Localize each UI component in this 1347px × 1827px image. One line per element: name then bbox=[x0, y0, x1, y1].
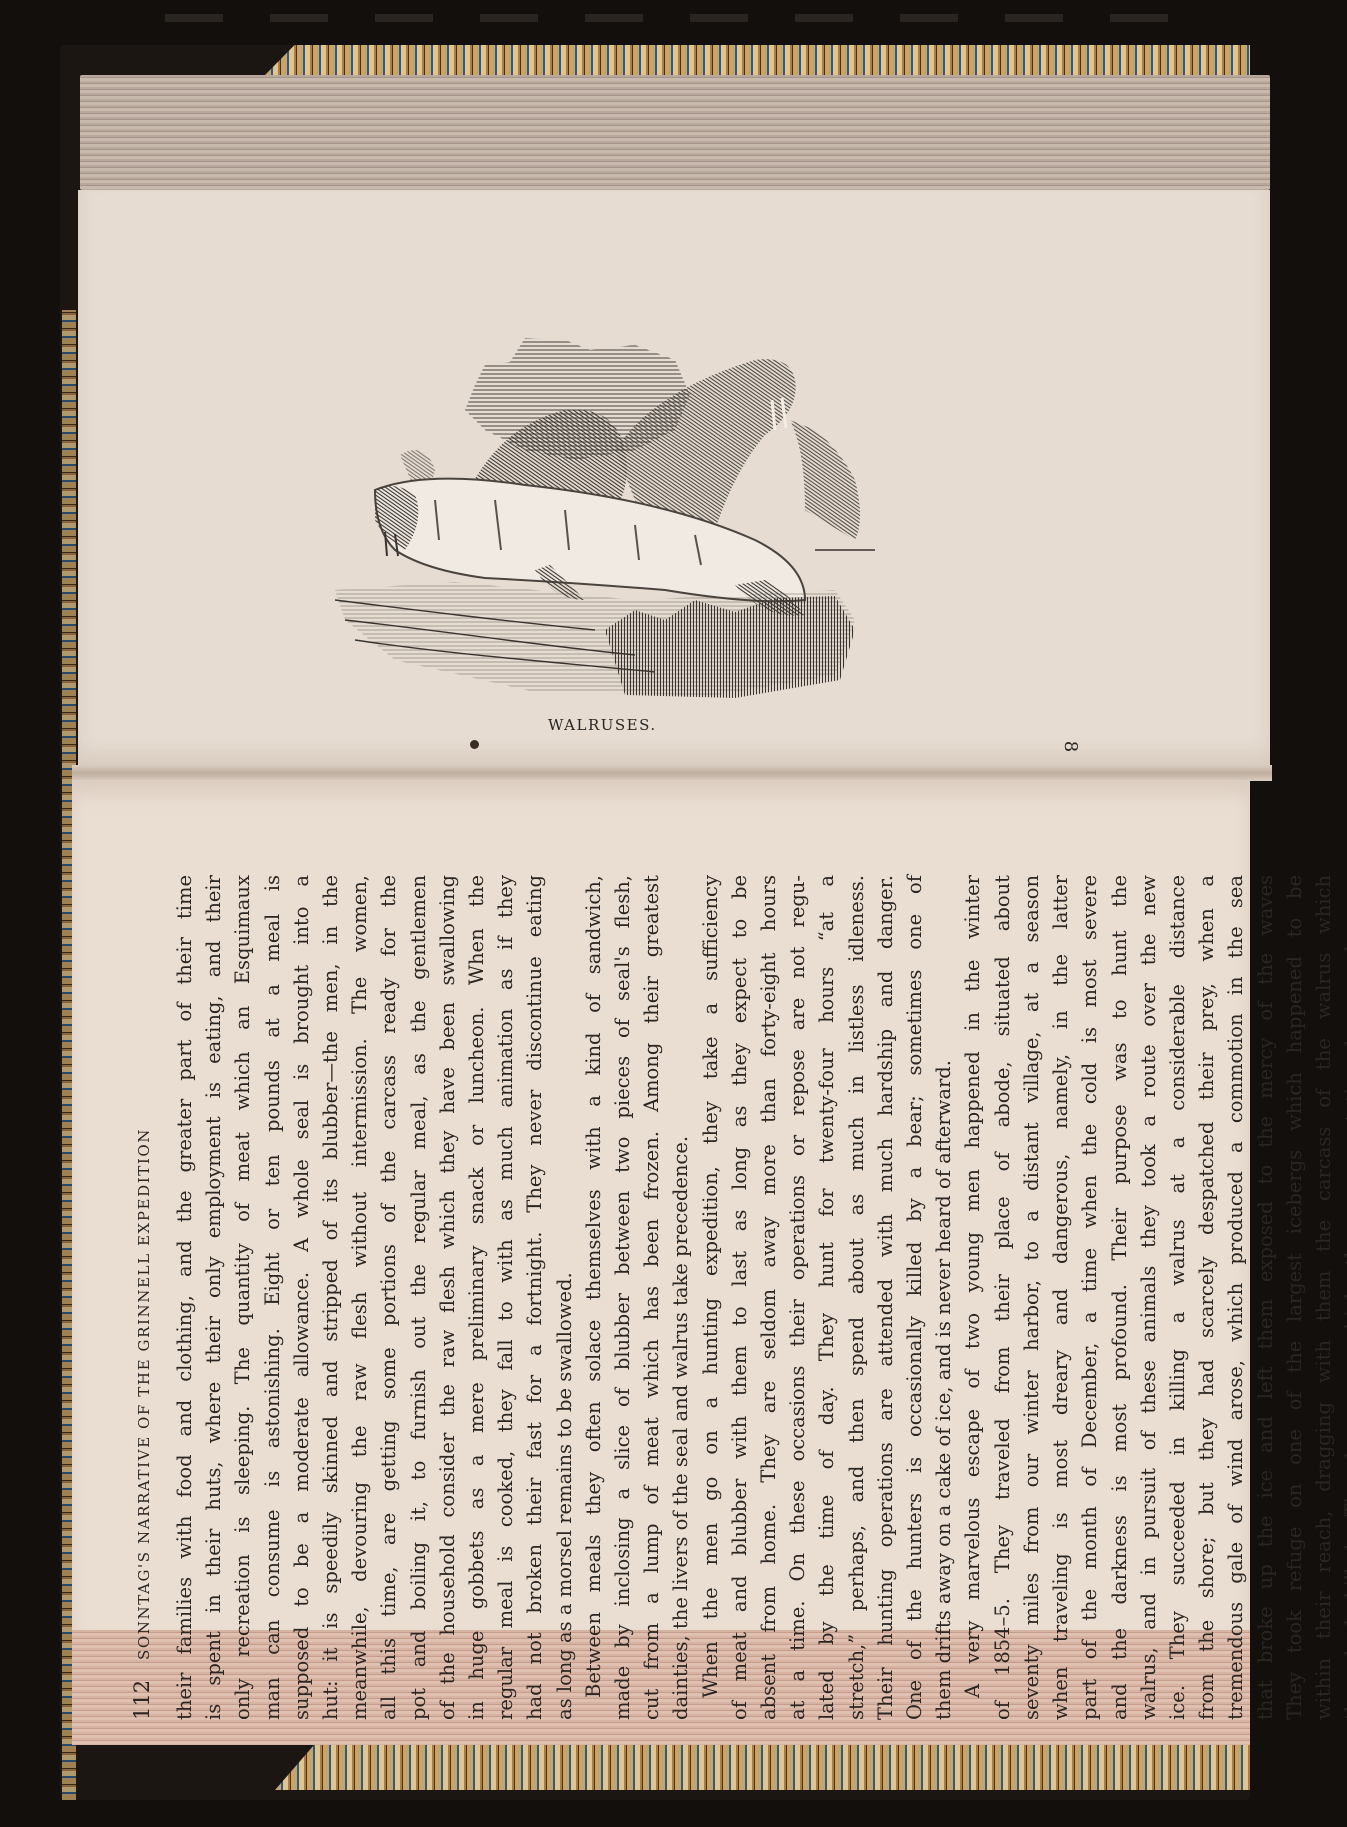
scan-bar bbox=[1110, 14, 1168, 22]
marbled-board-bottom bbox=[275, 1745, 1250, 1790]
text-line: pot and boiling it, to furnish out the r… bbox=[404, 875, 433, 1720]
text-line: supposed to be a moderate allowance. A w… bbox=[287, 875, 316, 1720]
text-line: as long as a morsel remains to be swallo… bbox=[550, 875, 579, 1720]
text-line: ice. They succeeded in killing a walrus … bbox=[1163, 875, 1192, 1720]
text-line: hut: it is speedily skinned and stripped… bbox=[316, 875, 345, 1720]
text-line: regular meal is cooked, they fall to wit… bbox=[491, 875, 520, 1720]
body-text: their families with food and clothing, a… bbox=[170, 820, 1347, 1720]
text-line: seventy miles from our winter harbor, to… bbox=[1017, 875, 1046, 1720]
text-line: cut from a lump of meat which has been f… bbox=[637, 875, 666, 1720]
text-line: only recreation is sleeping. The quantit… bbox=[228, 875, 257, 1720]
text-line: Their hunting operations are attended wi… bbox=[871, 875, 900, 1720]
running-head: SONNTAG'S NARRATIVE OF THE GRINNELL EXPE… bbox=[135, 1128, 153, 1660]
text-line: their families with food and clothing, a… bbox=[170, 875, 199, 1720]
scan-bar bbox=[690, 14, 748, 22]
running-header: 112 SONNTAG'S NARRATIVE OF THE GRINNELL … bbox=[130, 820, 170, 1720]
gutter-fold bbox=[72, 765, 1272, 781]
text-line: at a time. On these occasions their oper… bbox=[783, 875, 812, 1720]
text-line: that broke up the ice and left them expo… bbox=[1251, 875, 1280, 1720]
page-edge-stack-top bbox=[80, 75, 1270, 190]
scan-bar bbox=[585, 14, 643, 22]
text-line: them drifts away on a cake of ice, and i… bbox=[929, 875, 958, 1720]
text-line: within their reach, dragging with them t… bbox=[1309, 875, 1338, 1720]
scan-bar bbox=[165, 14, 223, 22]
text-line: tremendous gale of wind arose, which pro… bbox=[1221, 875, 1250, 1720]
text-line: A very marvelous escape of two young men… bbox=[958, 875, 987, 1720]
text-line: and the darkness is most profound. Their… bbox=[1105, 875, 1134, 1720]
plate-caption: WALRUSES. bbox=[548, 716, 657, 734]
text-line: Between meals they often solace themselv… bbox=[579, 875, 608, 1720]
text-line: all this time, are getting some portions… bbox=[374, 875, 403, 1720]
text-line: dainties, the livers of the seal and wal… bbox=[666, 875, 695, 1720]
text-line: of meat and blubber with them to last as… bbox=[725, 875, 754, 1720]
text-line: of the household consider the raw flesh … bbox=[433, 875, 462, 1720]
signature-mark: 8 bbox=[1060, 741, 1081, 752]
scan-bar bbox=[270, 14, 328, 22]
text-line: had not broken their fast for a fortnigh… bbox=[520, 875, 549, 1720]
text-line: walrus, and in pursuit of these animals … bbox=[1134, 875, 1163, 1720]
text-line: They took refuge on one of the largest i… bbox=[1280, 875, 1309, 1720]
rotated-text-block: 112 SONNTAG'S NARRATIVE OF THE GRINNELL … bbox=[130, 820, 1150, 1720]
walrus-illustration bbox=[335, 300, 895, 710]
page-number: 112 bbox=[130, 1660, 154, 1720]
text-line: lated by the time of day. They hunt for … bbox=[812, 875, 841, 1720]
text-line: from the shore; but they had scarcely de… bbox=[1192, 875, 1221, 1720]
text-line: stretch,” perhaps, and then spend about … bbox=[842, 875, 871, 1720]
text-line: man can consume is astonishing. Eight or… bbox=[258, 875, 287, 1720]
scan-bar bbox=[795, 14, 853, 22]
text-line: made by inclosing a slice of blubber bet… bbox=[608, 875, 637, 1720]
text-line: of 1854–5. They traveled from their plac… bbox=[988, 875, 1017, 1720]
text-line: One of the hunters is occasionally kille… bbox=[900, 875, 929, 1720]
text-line: in huge gobbets as a mere preliminary sn… bbox=[462, 875, 491, 1720]
text-line: When the men go on a hunting expedition,… bbox=[696, 875, 725, 1720]
scan-bar bbox=[900, 14, 958, 22]
text-line: meanwhile, devouring the raw flesh witho… bbox=[345, 875, 374, 1720]
scan-bar bbox=[375, 14, 433, 22]
scan-bar bbox=[480, 14, 538, 22]
ink-spot bbox=[470, 740, 479, 749]
marbled-board-top bbox=[265, 45, 1250, 75]
text-line: is spent in their huts, where their only… bbox=[199, 875, 228, 1720]
text-line: they had killed. The berg on which they … bbox=[1338, 875, 1347, 1720]
scan-bar bbox=[1005, 14, 1063, 22]
text-line: when traveling is most dreary and danger… bbox=[1046, 875, 1075, 1720]
text-line: part of the month of December, a time wh… bbox=[1075, 875, 1104, 1720]
text-line: absent from home. They are seldom away m… bbox=[754, 875, 783, 1720]
